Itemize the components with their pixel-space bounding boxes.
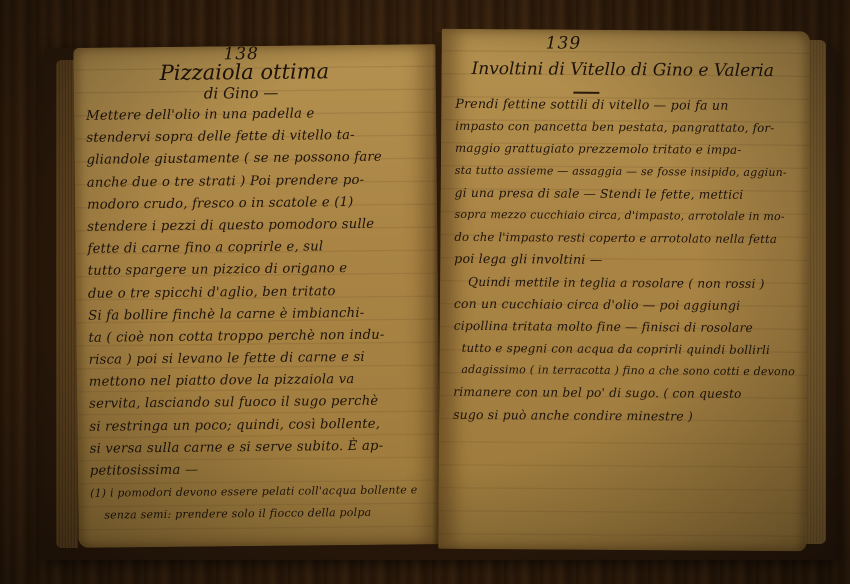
text-line: Prendi fettine sottili di vitello — poi … bbox=[455, 93, 797, 118]
recipe-title: Pizzaiola ottima bbox=[160, 59, 330, 85]
text-line: si versa sulla carne e si serve subito. … bbox=[89, 435, 417, 461]
text-line: cipollina tritata molto fine — finisci d… bbox=[454, 315, 796, 340]
recipe-title: Involtini di Vitello di Gino e Valeria bbox=[471, 59, 774, 81]
text-line: rimanere con un bel po' di sugo. ( con q… bbox=[453, 381, 795, 406]
text-line: maggio grattugiato prezzemolo tritato e … bbox=[455, 137, 797, 162]
text-line: stendere i pezzi di questo pomodoro sull… bbox=[87, 213, 415, 239]
text-line: gliandole giustamente ( se ne possono fa… bbox=[86, 147, 414, 173]
text-line: con un cucchiaio circa d'olio — poi aggi… bbox=[454, 293, 796, 318]
text-line: Quindi mettile in teglia a rosolare ( no… bbox=[454, 270, 796, 295]
text-line: sopra mezzo cucchiaio circa, d'impasto, … bbox=[454, 204, 796, 229]
page-number: 139 bbox=[546, 33, 582, 53]
recipe-text: Mettere dell'olio in una padella e stend… bbox=[86, 102, 418, 527]
text-line: gi una presa di sale — Stendi le fette, … bbox=[455, 182, 797, 207]
text-line: sugo si può anche condire minestre ) bbox=[453, 403, 795, 428]
text-line: do che l'impasto resti coperto e arrotol… bbox=[454, 226, 796, 251]
text-line: impasto con pancetta ben pestata, pangra… bbox=[455, 115, 797, 140]
left-page: 138 Pizzaiola ottima di Gino — Mettere d… bbox=[73, 44, 440, 548]
text-line: sta tutto assieme — assaggia — se fosse … bbox=[455, 159, 797, 184]
text-line: servita, lasciando sul fuoco il sugo per… bbox=[89, 391, 417, 417]
text-line: ta ( cioè non cotta troppo perchè non in… bbox=[88, 324, 416, 350]
text-line: poi lega gli involtini — bbox=[454, 248, 796, 273]
text-line: si restringa un poco; quindi, così bolle… bbox=[89, 413, 417, 439]
text-line: tutto e spegni con acqua da coprirli qui… bbox=[454, 337, 796, 362]
right-page: 139 Involtini di Vitello di Gino e Valer… bbox=[438, 29, 810, 552]
text-line: adagissimo ( in terracotta ) fino a che … bbox=[453, 359, 795, 384]
footnote-line: senza semi: prendere solo il fiocco dell… bbox=[90, 502, 418, 528]
recipe-text: Prendi fettine sottili di vitello — poi … bbox=[453, 93, 797, 428]
recipe-author: di Gino — bbox=[204, 84, 279, 103]
